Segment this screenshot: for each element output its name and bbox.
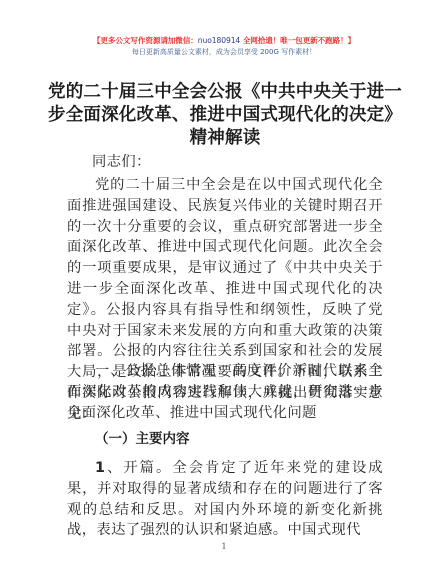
title-line-3: 精神解读 <box>40 127 410 150</box>
document-title: 党的二十届三中全会公报《中共中央关于进一 步全面深化改革、推进中国式现代化的决定… <box>40 81 410 150</box>
paragraph-item-1: 1、开篇。全会肯定了近年来党的建设成果，并对取得的显著成绩和存在的问题进行了客观… <box>67 458 383 541</box>
title-line-2: 步全面深化改革、推进中国式现代化的决定》 <box>40 104 410 127</box>
promo-banner-line1: 【更多公文写作资源请加微信：nuo180914 全网拾遗！唯一包更新不跑路！】 <box>0 36 448 46</box>
paragraph-section-one: 一、公报总体情况：高度评价新时代以来全面深化改革的成功实践和伟大成就，研究进一步… <box>67 361 383 423</box>
subheading-main-content: （一）主要内容 <box>95 429 190 449</box>
salutation: 同志们： <box>67 152 383 173</box>
item-text: 、开篇。全会肯定了近年来党的建设成果，并对取得的显著成绩和存在的问题进行了客观的… <box>67 460 383 538</box>
page-number: 1 <box>0 541 448 553</box>
promo-banner-line2: 每日更新高质量公文素材，成为会员享受 200G 写作素材！ <box>0 47 448 57</box>
promo-text-suffix: 全网拾遗！唯一包更新不跑路！】 <box>240 36 355 45</box>
title-line-1: 党的二十届三中全会公报《中共中央关于进一 <box>40 81 410 104</box>
wechat-id: nuo180914 <box>198 36 240 45</box>
item-number: 1 <box>95 460 105 476</box>
document-page: 【更多公文写作资源请加微信：nuo180914 全网拾遗！唯一包更新不跑路！】 … <box>0 0 448 580</box>
promo-text-prefix: 【更多公文写作资源请加微信： <box>93 36 198 45</box>
